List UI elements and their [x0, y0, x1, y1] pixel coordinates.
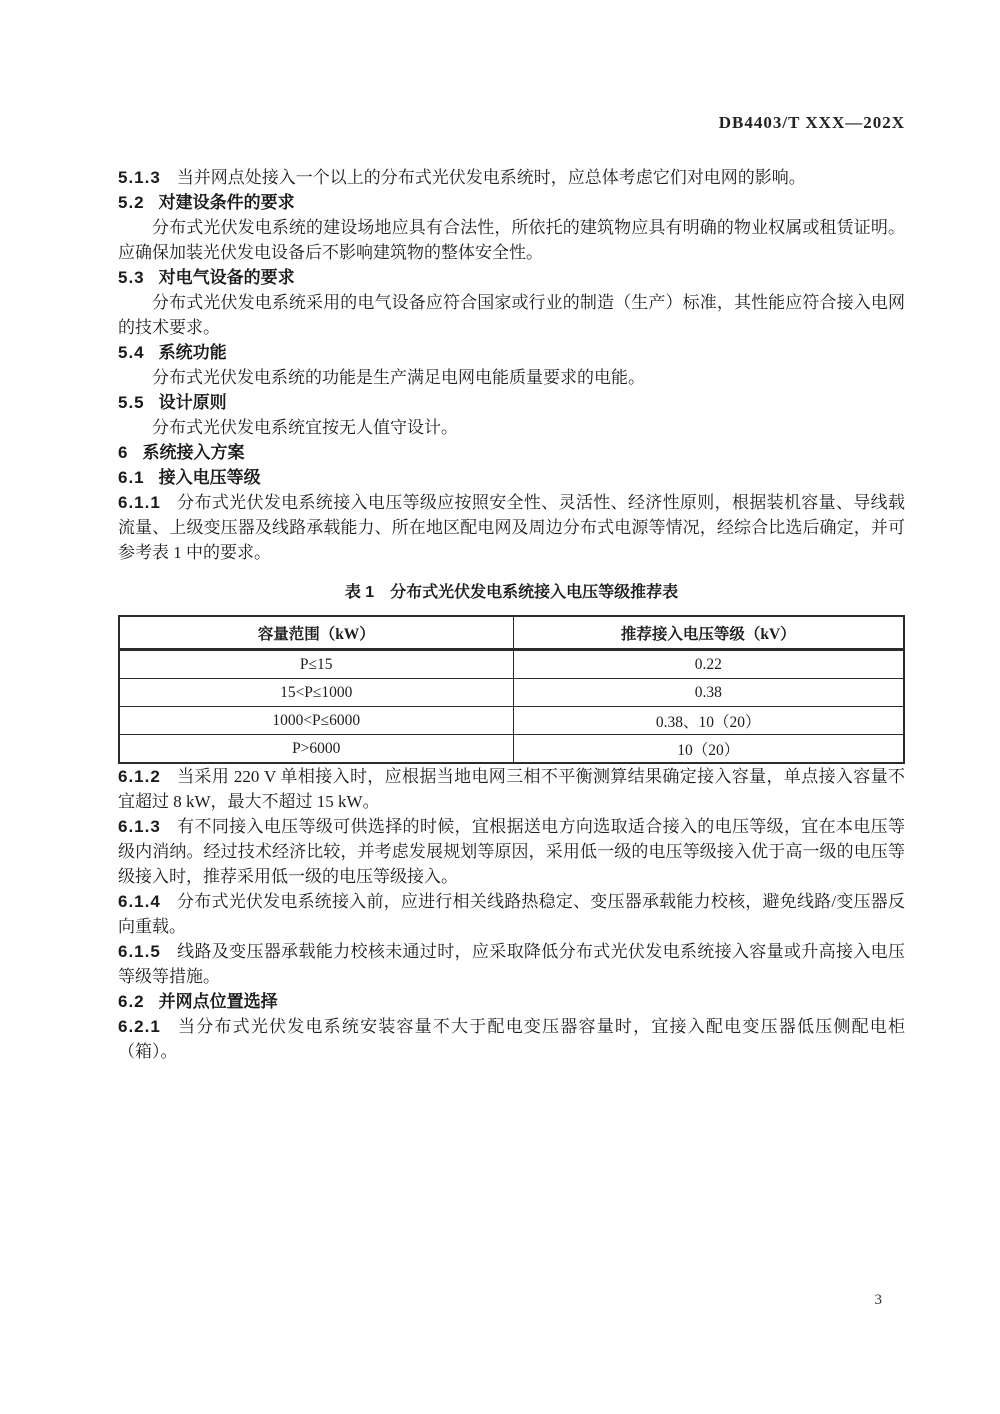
clause-number: 6.1.3	[118, 817, 161, 836]
clause-6-1-3: 6.1.3有不同接入电压等级可供选择的时候，宜根据送电方向选取适合接入的电压等级…	[118, 814, 905, 889]
clause-text: 当并网点处接入一个以上的分布式光伏发电系统时，应总体考虑它们对电网的影响。	[177, 168, 806, 187]
para-5-5: 分布式光伏发电系统宜按无人值守设计。	[118, 415, 905, 440]
clause-number: 5.1.3	[118, 168, 161, 187]
clause-text: 有不同接入电压等级可供选择的时候，宜根据送电方向选取适合接入的电压等级，宜在本电…	[118, 817, 905, 886]
cell-voltage-level: 10（20）	[513, 735, 904, 764]
clause-text: 当分布式光伏发电系统安装容量不大于配电变压器容量时，宜接入配电变压器低压侧配电柜…	[118, 1017, 905, 1061]
heading-number: 6.2	[118, 992, 145, 1011]
table-header-row: 容量范围（kW） 推荐接入电压等级（kV）	[119, 616, 904, 650]
cell-capacity-range: 1000<P≤6000	[119, 707, 513, 735]
heading-number: 5.2	[118, 193, 145, 212]
heading-title: 对电气设备的要求	[159, 268, 295, 287]
clause-number: 6.1.2	[118, 767, 161, 786]
heading-title: 对建设条件的要求	[159, 193, 295, 212]
table-row: 15<P≤1000 0.38	[119, 679, 904, 707]
cell-capacity-range: 15<P≤1000	[119, 679, 513, 707]
table-row: 1000<P≤6000 0.38、10（20）	[119, 707, 904, 735]
heading-title: 系统接入方案	[142, 443, 244, 462]
heading-number: 5.5	[118, 393, 145, 412]
clause-text: 分布式光伏发电系统接入电压等级应按照安全性、灵活性、经济性原则，根据装机容量、导…	[118, 493, 905, 562]
doc-code-header: DB4403/T XXX—202X	[118, 110, 905, 135]
para-5-2: 分布式光伏发电系统的建设场地应具有合法性，所依托的建筑物应具有明确的物业权属或租…	[118, 215, 905, 265]
clause-6-2-1: 6.2.1当分布式光伏发电系统安装容量不大于配电变压器容量时，宜接入配电变压器低…	[118, 1014, 905, 1064]
para-5-3: 分布式光伏发电系统采用的电气设备应符合国家或行业的制造（生产）标准，其性能应符合…	[118, 290, 905, 340]
page-content: DB4403/T XXX—202X 5.1.3当并网点处接入一个以上的分布式光伏…	[118, 110, 905, 1064]
heading-title: 接入电压等级	[159, 468, 261, 487]
table-header: 容量范围（kW） 推荐接入电压等级（kV）	[119, 616, 904, 650]
heading-number: 6	[118, 443, 128, 462]
heading-number: 5.4	[118, 343, 145, 362]
table-row: P>6000 10（20）	[119, 735, 904, 764]
clause-6-1-2: 6.1.2当采用 220 V 单相接入时，应根据当地电网三相不平衡测算结果确定接…	[118, 764, 905, 814]
clause-6-1-4: 6.1.4分布式光伏发电系统接入前，应进行相关线路热稳定、变压器承载能力校核，避…	[118, 889, 905, 939]
table-body: P≤15 0.22 15<P≤1000 0.38 1000<P≤6000 0.3…	[119, 650, 904, 764]
clause-number: 6.1.4	[118, 892, 161, 911]
clause-number: 6.1.1	[118, 493, 161, 512]
heading-5-2: 5.2对建设条件的要求	[118, 190, 905, 215]
table-row: P≤15 0.22	[119, 650, 904, 679]
document-page: DB4403/T XXX—202X 5.1.3当并网点处接入一个以上的分布式光伏…	[0, 0, 1000, 1414]
heading-6-1: 6.1接入电压等级	[118, 465, 905, 490]
cell-voltage-level: 0.22	[513, 650, 904, 679]
clause-number: 6.1.5	[118, 942, 161, 961]
heading-title: 设计原则	[159, 393, 227, 412]
heading-6-2: 6.2并网点位置选择	[118, 989, 905, 1014]
clause-text: 线路及变压器承载能力校核未通过时，应采取降低分布式光伏发电系统接入容量或升高接入…	[118, 942, 905, 986]
heading-5-3: 5.3对电气设备的要求	[118, 265, 905, 290]
cell-capacity-range: P≤15	[119, 650, 513, 679]
clause-6-1-1: 6.1.1分布式光伏发电系统接入电压等级应按照安全性、灵活性、经济性原则，根据装…	[118, 490, 905, 565]
cell-voltage-level: 0.38、10（20）	[513, 707, 904, 735]
clause-number: 6.2.1	[118, 1017, 161, 1036]
cell-capacity-range: P>6000	[119, 735, 513, 764]
table-1-caption: 表 1 分布式光伏发电系统接入电压等级推荐表	[118, 580, 905, 605]
clause-text: 分布式光伏发电系统接入前，应进行相关线路热稳定、变压器承载能力校核，避免线路/变…	[118, 892, 905, 936]
heading-number: 5.3	[118, 268, 145, 287]
heading-6: 6系统接入方案	[118, 440, 905, 465]
heading-title: 并网点位置选择	[159, 992, 278, 1011]
para-5-4: 分布式光伏发电系统的功能是生产满足电网电能质量要求的电能。	[118, 365, 905, 390]
clause-text: 当采用 220 V 单相接入时，应根据当地电网三相不平衡测算结果确定接入容量，单…	[118, 767, 905, 811]
clause-6-1-5: 6.1.5线路及变压器承载能力校核未通过时，应采取降低分布式光伏发电系统接入容量…	[118, 939, 905, 989]
heading-5-5: 5.5设计原则	[118, 390, 905, 415]
cell-voltage-level: 0.38	[513, 679, 904, 707]
voltage-recommendation-table: 容量范围（kW） 推荐接入电压等级（kV） P≤15 0.22 15<P≤100…	[118, 615, 905, 764]
column-header-capacity-range: 容量范围（kW）	[119, 616, 513, 650]
heading-title: 系统功能	[159, 343, 227, 362]
column-header-voltage-level: 推荐接入电压等级（kV）	[513, 616, 904, 650]
heading-number: 6.1	[118, 468, 145, 487]
heading-5-4: 5.4系统功能	[118, 340, 905, 365]
clause-5-1-3: 5.1.3当并网点处接入一个以上的分布式光伏发电系统时，应总体考虑它们对电网的影…	[118, 165, 905, 190]
page-number: 3	[875, 1292, 883, 1309]
